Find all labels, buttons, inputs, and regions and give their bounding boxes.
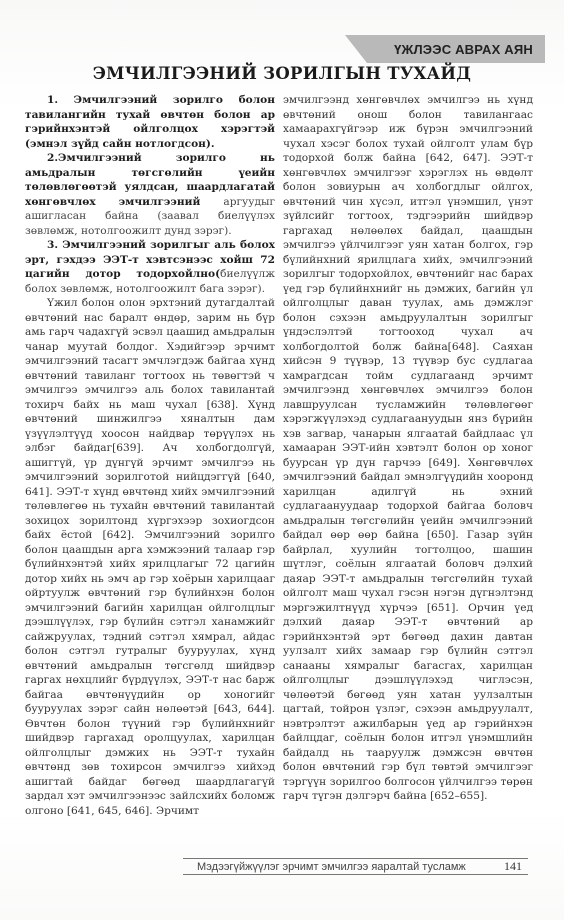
section-tab: ҮЖЛЭЭС АВРАХ АЯН (345, 35, 545, 63)
document-page: ҮЖЛЭЭС АВРАХ АЯН ЭМЧИЛГЭЭНИЙ ЗОРИЛГЫН ТУ… (0, 0, 564, 920)
running-title: Мэдээгүйжүүлэг эрчимт эмчилгээ яаралтай … (197, 861, 466, 873)
body-paragraph-right: эмчилгээнд хөнгөвчлөх эмчилгээ нь хүнд ө… (283, 93, 533, 804)
recommendation-3: 3. Эмчилгээний зорилгыг аль болох эрт, г… (25, 238, 275, 296)
recommendation-2: 2.Эмчилгээний зорилго нь амьдралын төгсг… (25, 151, 275, 238)
body-paragraph-left: Үжил болон олон эрхтэний дутагдалтай өвч… (25, 296, 275, 818)
page-title: ЭМЧИЛГЭЭНИЙ ЗОРИЛГЫН ТУХАЙД (0, 64, 564, 83)
section-tab-label: ҮЖЛЭЭС АВРАХ АЯН (394, 42, 533, 57)
right-column: эмчилгээнд хөнгөвчлөх эмчилгээ нь хүнд ө… (283, 93, 533, 804)
left-column: 1. Эмчилгээний зорилго болон тавилангийн… (25, 93, 275, 818)
recommendation-1: 1. Эмчилгээний зорилго болон тавилангийн… (25, 93, 275, 151)
page-number: 141 (504, 859, 522, 874)
page-footer: Мэдээгүйжүүлэг эрчимт эмчилгээ яаралтай … (183, 858, 528, 875)
recommendation-1-text: 1. Эмчилгээний зорилго болон тавилангийн… (25, 94, 275, 150)
